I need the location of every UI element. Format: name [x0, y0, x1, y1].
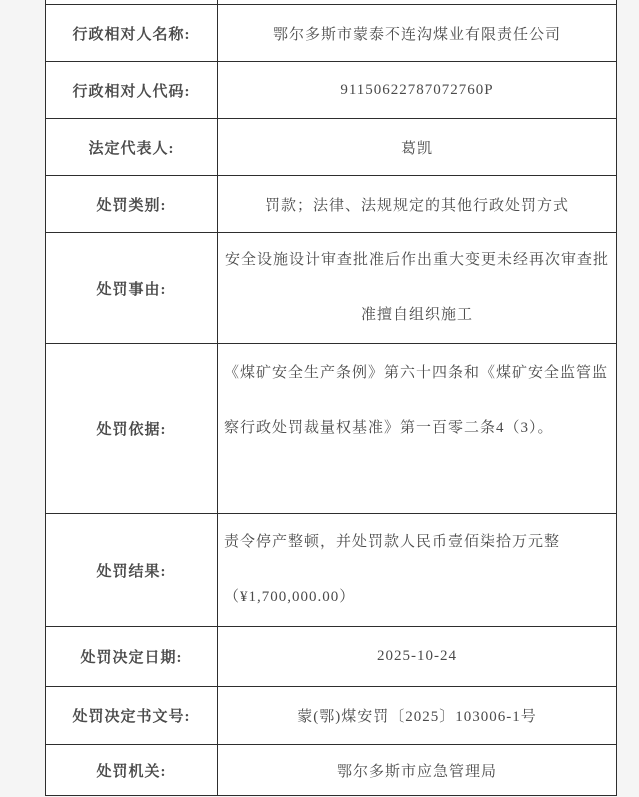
penalty-decision-number-label: 处罚决定书文号:: [46, 687, 218, 745]
penalty-result-label: 处罚结果:: [46, 514, 218, 627]
table-row: 处罚类别: 罚款；法律、法规规定的其他行政处罚方式: [46, 176, 617, 233]
penalty-result-line-2: （¥1,700,000.00）: [224, 570, 610, 625]
penalty-basis-value: 《煤矿安全生产条例》第六十四条和《煤矿安全监管监察行政处罚裁量权基准》第一百零二…: [218, 344, 617, 514]
table-row: 处罚决定日期: 2025-10-24: [46, 627, 617, 687]
penalty-basis-label: 处罚依据:: [46, 344, 218, 514]
penalty-result-value: 责令停产整顿，并处罚款人民币壹佰柒拾万元整 （¥1,700,000.00）: [218, 514, 617, 627]
penalty-info-table: 行政相对人名称: 鄂尔多斯市蒙泰不连沟煤业有限责任公司 行政相对人代码: 911…: [45, 0, 617, 796]
party-name-value: 鄂尔多斯市蒙泰不连沟煤业有限责任公司: [218, 5, 617, 62]
penalty-decision-date-label: 处罚决定日期:: [46, 627, 218, 687]
legal-representative-label: 法定代表人:: [46, 119, 218, 176]
table-row: 处罚依据: 《煤矿安全生产条例》第六十四条和《煤矿安全监管监察行政处罚裁量权基准…: [46, 344, 617, 514]
table-row: 处罚决定书文号: 蒙(鄂)煤安罚〔2025〕103006-1号: [46, 687, 617, 745]
table-row: 行政相对人名称: 鄂尔多斯市蒙泰不连沟煤业有限责任公司: [46, 5, 617, 62]
table-row: 处罚机关: 鄂尔多斯市应急管理局: [46, 745, 617, 796]
party-code-label: 行政相对人代码:: [46, 62, 218, 119]
table-row: 法定代表人: 葛凯: [46, 119, 617, 176]
penalty-result-line-1: 责令停产整顿，并处罚款人民币壹佰柒拾万元整: [224, 515, 610, 570]
penalty-type-value: 罚款；法律、法规规定的其他行政处罚方式: [218, 176, 617, 233]
penalty-reason-label: 处罚事由:: [46, 233, 218, 344]
penalty-authority-label: 处罚机关:: [46, 745, 218, 796]
penalty-record-page: 行政相对人名称: 鄂尔多斯市蒙泰不连沟煤业有限责任公司 行政相对人代码: 911…: [0, 0, 639, 797]
penalty-decision-date-value: 2025-10-24: [218, 627, 617, 687]
penalty-reason-value: 安全设施设计审查批准后作出重大变更未经再次审查批准擅自组织施工: [218, 233, 617, 344]
penalty-decision-number-value: 蒙(鄂)煤安罚〔2025〕103006-1号: [218, 687, 617, 745]
penalty-authority-value: 鄂尔多斯市应急管理局: [218, 745, 617, 796]
legal-representative-value: 葛凯: [218, 119, 617, 176]
party-code-value: 91150622787072760P: [218, 62, 617, 119]
table-row: 行政相对人代码: 91150622787072760P: [46, 62, 617, 119]
table-row: 处罚结果: 责令停产整顿，并处罚款人民币壹佰柒拾万元整 （¥1,700,000.…: [46, 514, 617, 627]
party-name-label: 行政相对人名称:: [46, 5, 218, 62]
penalty-type-label: 处罚类别:: [46, 176, 218, 233]
table-row: 处罚事由: 安全设施设计审查批准后作出重大变更未经再次审查批准擅自组织施工: [46, 233, 617, 344]
